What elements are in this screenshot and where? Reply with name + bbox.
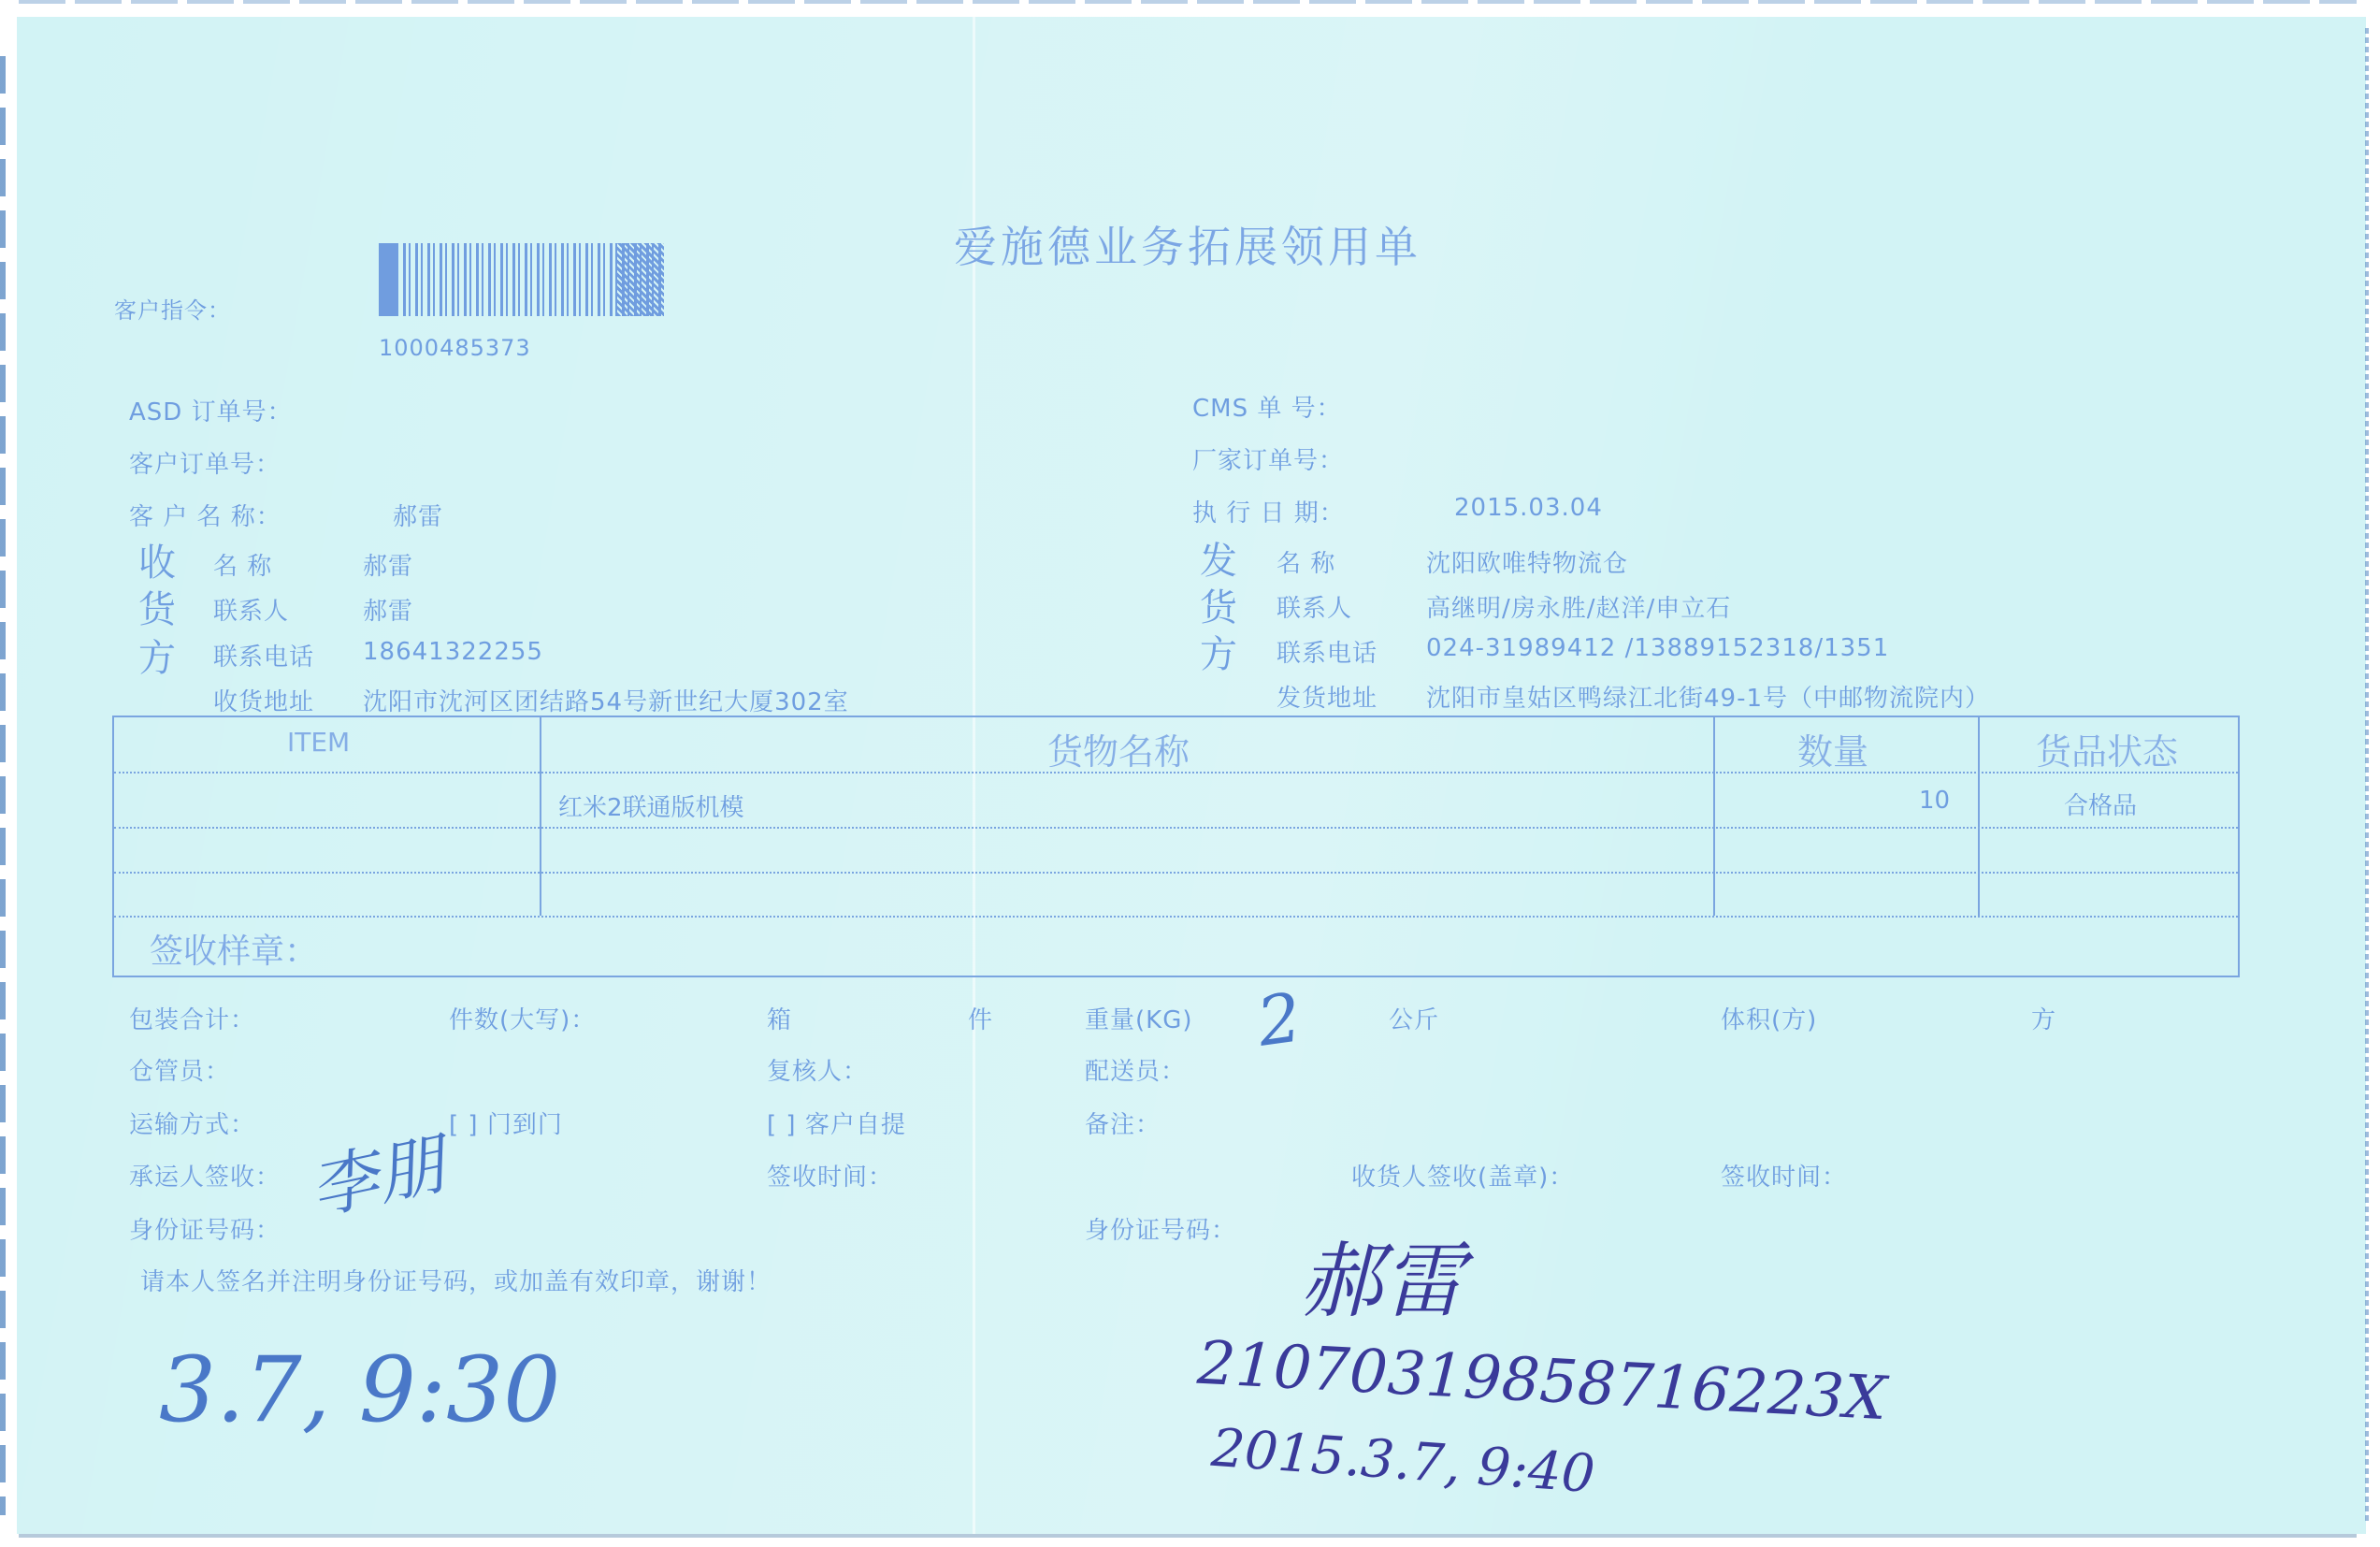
table-column-divider — [1713, 717, 1715, 916]
receiver-phone-label: 联系电话 — [213, 638, 314, 672]
warehouse-keeper-label: 仓管员： — [129, 1052, 230, 1087]
box-unit: 箱 — [767, 1001, 792, 1035]
receiver-contact-label: 联系人 — [213, 592, 289, 627]
customer-instruction-value: 1000485373 — [379, 335, 531, 361]
exec-date-value: 2015.03.04 — [1454, 494, 1603, 522]
reviewer-label: 复核人： — [767, 1052, 868, 1087]
document-title: 爱施德业务拓展领用单 — [954, 213, 1421, 275]
carrier-sign-label: 承运人签收： — [129, 1158, 281, 1193]
items-table: ITEM 货物名称 数量 货品状态 红米2联通版机模 10 合格品 签收样章： — [112, 716, 2240, 977]
right-perforation — [2365, 28, 2369, 1525]
volume-label: 体积(方) — [1721, 1001, 1817, 1035]
courier-label: 配送员： — [1085, 1052, 1186, 1087]
option-customer-pickup-checkbox[interactable]: [ ] 客户自提 — [767, 1106, 906, 1140]
receiver-address-label: 收货地址 — [213, 683, 314, 717]
receiver-sign-label: 收货人签收(盖章)： — [1351, 1158, 1574, 1193]
customer-name-value: 郝雷 — [393, 498, 443, 532]
barcode-icon — [379, 243, 664, 316]
sender-name-value: 沈阳欧唯特物流仓 — [1426, 544, 1628, 579]
option-door-to-door-checkbox[interactable]: [ ] 门到门 — [449, 1106, 563, 1140]
header-item: ITEM — [287, 727, 350, 758]
sender-side-char-3: 方 — [1200, 625, 1238, 678]
customer-name-label: 客 户 名 称： — [129, 498, 281, 532]
top-perforation — [19, 0, 2357, 4]
id-number-label-right: 身份证号码： — [1085, 1211, 1236, 1246]
id-number-label-left: 身份证号码： — [129, 1211, 281, 1246]
count-label: 件数(大写)： — [449, 1001, 596, 1035]
receiver-name-value: 郝雷 — [363, 547, 413, 582]
table-divider — [114, 827, 2238, 829]
receiver-signature: 郝雷 — [1300, 1216, 1464, 1334]
sender-side-char-2: 货 — [1200, 578, 1238, 631]
header-goods-name: 货物名称 — [1047, 723, 1190, 774]
row-goods-name: 红米2联通版机模 — [558, 788, 744, 823]
sender-phone-label: 联系电话 — [1277, 634, 1378, 669]
exec-date-label: 执 行 日 期： — [1192, 494, 1345, 528]
receiver-side-char-3: 方 — [138, 629, 177, 682]
table-divider — [114, 872, 2238, 874]
factory-order-label: 厂家订单号： — [1192, 441, 1344, 476]
package-total-label: 包装合计： — [129, 1001, 255, 1035]
receiver-address-value: 沈阳市沈河区团结路54号新世纪大厦302室 — [363, 683, 849, 717]
sender-phone-value: 024-31989412 /13889152318/1351 — [1426, 634, 1889, 662]
cms-number-label: CMS 单 号： — [1192, 389, 1342, 424]
receiver-side-char-2: 货 — [138, 580, 177, 633]
header-quantity: 数量 — [1797, 723, 1868, 774]
table-column-divider — [1978, 717, 1980, 916]
sender-address-label: 发货地址 — [1277, 679, 1378, 714]
customer-order-label: 客户订单号： — [129, 445, 281, 480]
table-divider — [114, 916, 2238, 918]
receiver-name-label: 名 称 — [213, 547, 272, 582]
weight-unit: 公斤 — [1389, 1001, 1439, 1035]
sender-contact-value: 高继明/房永胜/赵洋/申立石 — [1426, 589, 1731, 624]
remarks-label: 备注： — [1085, 1106, 1161, 1140]
row-status: 合格品 — [2064, 787, 2137, 821]
receiver-phone-value: 18641322255 — [363, 638, 543, 666]
receiver-contact-value: 郝雷 — [363, 592, 413, 627]
left-perforation — [0, 56, 6, 1515]
receiver-sign-time-label: 签收时间： — [1721, 1158, 1847, 1193]
customer-instruction-label: 客户指令： — [114, 292, 231, 325]
sender-contact-label: 联系人 — [1277, 589, 1352, 624]
sender-name-label: 名 称 — [1277, 544, 1335, 579]
stamp-label: 签收样章： — [150, 925, 318, 973]
receiver-side-char-1: 收 — [138, 533, 177, 586]
volume-unit: 方 — [2031, 1001, 2056, 1035]
signature-notice: 请本人签名并注明身份证号码，或加盖有效印章，谢谢！ — [140, 1263, 772, 1297]
bottom-edge — [19, 1534, 2357, 1538]
piece-unit: 件 — [968, 1001, 993, 1035]
header-goods-status: 货品状态 — [2036, 723, 2178, 774]
sender-side-char-1: 发 — [1200, 531, 1238, 585]
left-time-note: 3.7, 9:30 — [159, 1337, 560, 1442]
row-quantity: 10 — [1919, 787, 1950, 815]
weight-label: 重量(KG) — [1085, 1001, 1193, 1035]
sender-address-value: 沈阳市皇姑区鸭绿江北街49-1号（中邮物流院内） — [1426, 679, 1990, 714]
table-column-divider — [540, 717, 541, 916]
asd-order-label: ASD 订单号： — [129, 393, 293, 427]
transport-method-label: 运输方式： — [129, 1106, 255, 1140]
sign-time-label: 签收时间： — [767, 1158, 893, 1193]
